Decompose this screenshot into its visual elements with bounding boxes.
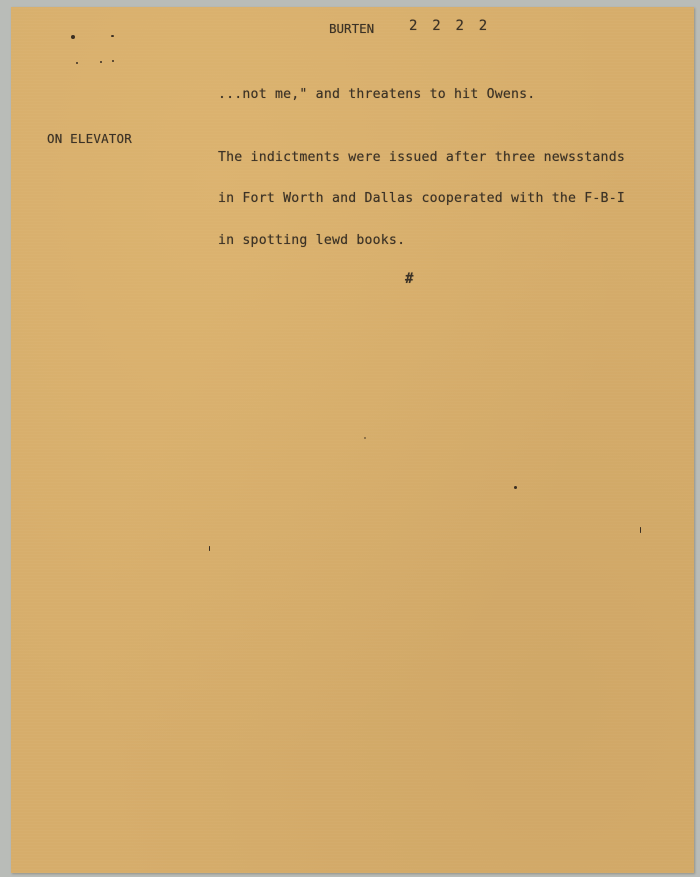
body-line: in spotting lewd books. — [218, 233, 405, 248]
ink-speck — [76, 62, 78, 64]
ink-speck — [71, 35, 75, 39]
quote-line: ...not me," and threatens to hit Owens. — [218, 87, 535, 102]
ink-speck — [364, 437, 366, 439]
document-slug: BURTEN — [329, 21, 374, 36]
page-numbers: 2 2 2 2 — [409, 18, 487, 34]
ink-speck — [209, 546, 210, 551]
ink-speck — [514, 486, 517, 489]
body-line: in Fort Worth and Dallas cooperated with… — [218, 191, 625, 206]
end-mark: # — [405, 271, 414, 287]
side-label: ON ELEVATOR — [47, 131, 132, 146]
ink-speck — [112, 60, 114, 62]
ink-speck — [111, 35, 114, 37]
ink-speck — [640, 527, 641, 533]
ink-speck — [100, 61, 102, 63]
body-line: The indictments were issued after three … — [218, 150, 625, 165]
